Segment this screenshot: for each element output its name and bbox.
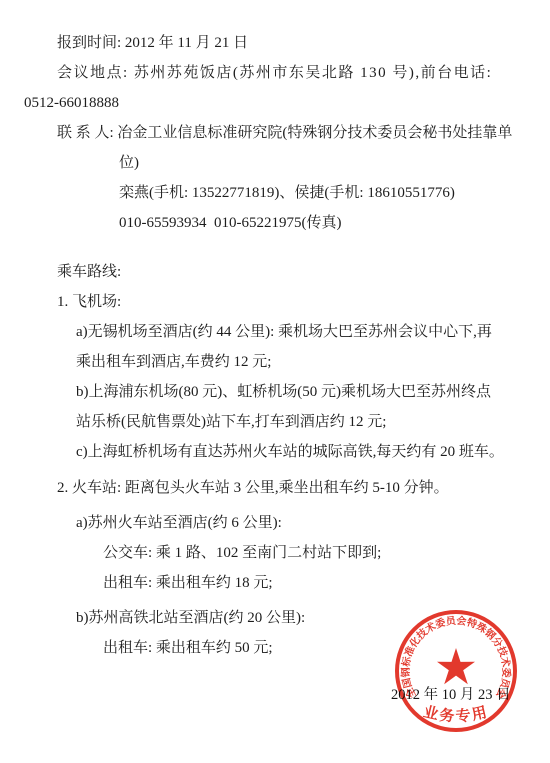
line-railway-heading: 2. 火车站: 距离包头火车站 3 公里,乘坐出租车约 5-10 分钟。 — [24, 473, 528, 503]
seal-star-icon — [437, 648, 475, 684]
line-venue: 会议地点: 苏州苏苑饭店(苏州市东吴北路 130 号),前台电话: — [24, 58, 528, 88]
line-airport-c: c)上海虹桥机场有直达苏州火车站的城际高铁,每天约有 20 班车。 — [24, 437, 528, 467]
seal-bottom-text: 业务专用 — [422, 703, 491, 725]
line-contact-phones: 010-65593934 010-65221975(传真) — [24, 208, 528, 238]
official-seal-stamp: 全国钢标准化技术委员会特殊钢分技术委员会 业务专用 — [386, 601, 526, 741]
document-body: 报到时间: 2012 年 11 月 21 日 会议地点: 苏州苏苑饭店(苏州市东… — [24, 28, 528, 663]
line-contact-org: 联 系 人: 冶金工业信息标准研究院(特殊钢分技术委员会秘书处挂靠单 — [24, 118, 528, 148]
line-airport-a-cont: 乘出租车到酒店,车费约 12 元; — [24, 347, 528, 377]
line-airport-b: b)上海浦东机场(80 元)、虹桥机场(50 元)乘机场大巴至苏州终点 — [24, 377, 528, 407]
line-railway-a: a)苏州火车站至酒店(约 6 公里): — [24, 508, 528, 538]
document-page: 报到时间: 2012 年 11 月 21 日 会议地点: 苏州苏苑饭店(苏州市东… — [0, 0, 550, 763]
line-contact-org-cont: 位) — [24, 148, 528, 178]
line-contact-names: 栾燕(手机: 13522771819)、侯捷(手机: 18610551776) — [24, 178, 528, 208]
line-routes-heading: 乘车路线: — [24, 257, 528, 287]
line-checkin-time: 报到时间: 2012 年 11 月 21 日 — [24, 28, 528, 58]
line-venue-phone: 0512-66018888 — [24, 88, 528, 118]
line-railway-a-bus: 公交车: 乘 1 路、102 至南门二村站下即到; — [24, 538, 528, 568]
line-railway-a-taxi: 出租车: 乘出租车约 18 元; — [24, 568, 528, 598]
line-airport-b-cont: 站乐桥(民航售票处)站下车,打车到酒店约 12 元; — [24, 407, 528, 437]
line-airport-a: a)无锡机场至酒店(约 44 公里): 乘机场大巴至苏州会议中心下,再 — [24, 317, 528, 347]
line-airport-heading: 1. 飞机场: — [24, 287, 528, 317]
